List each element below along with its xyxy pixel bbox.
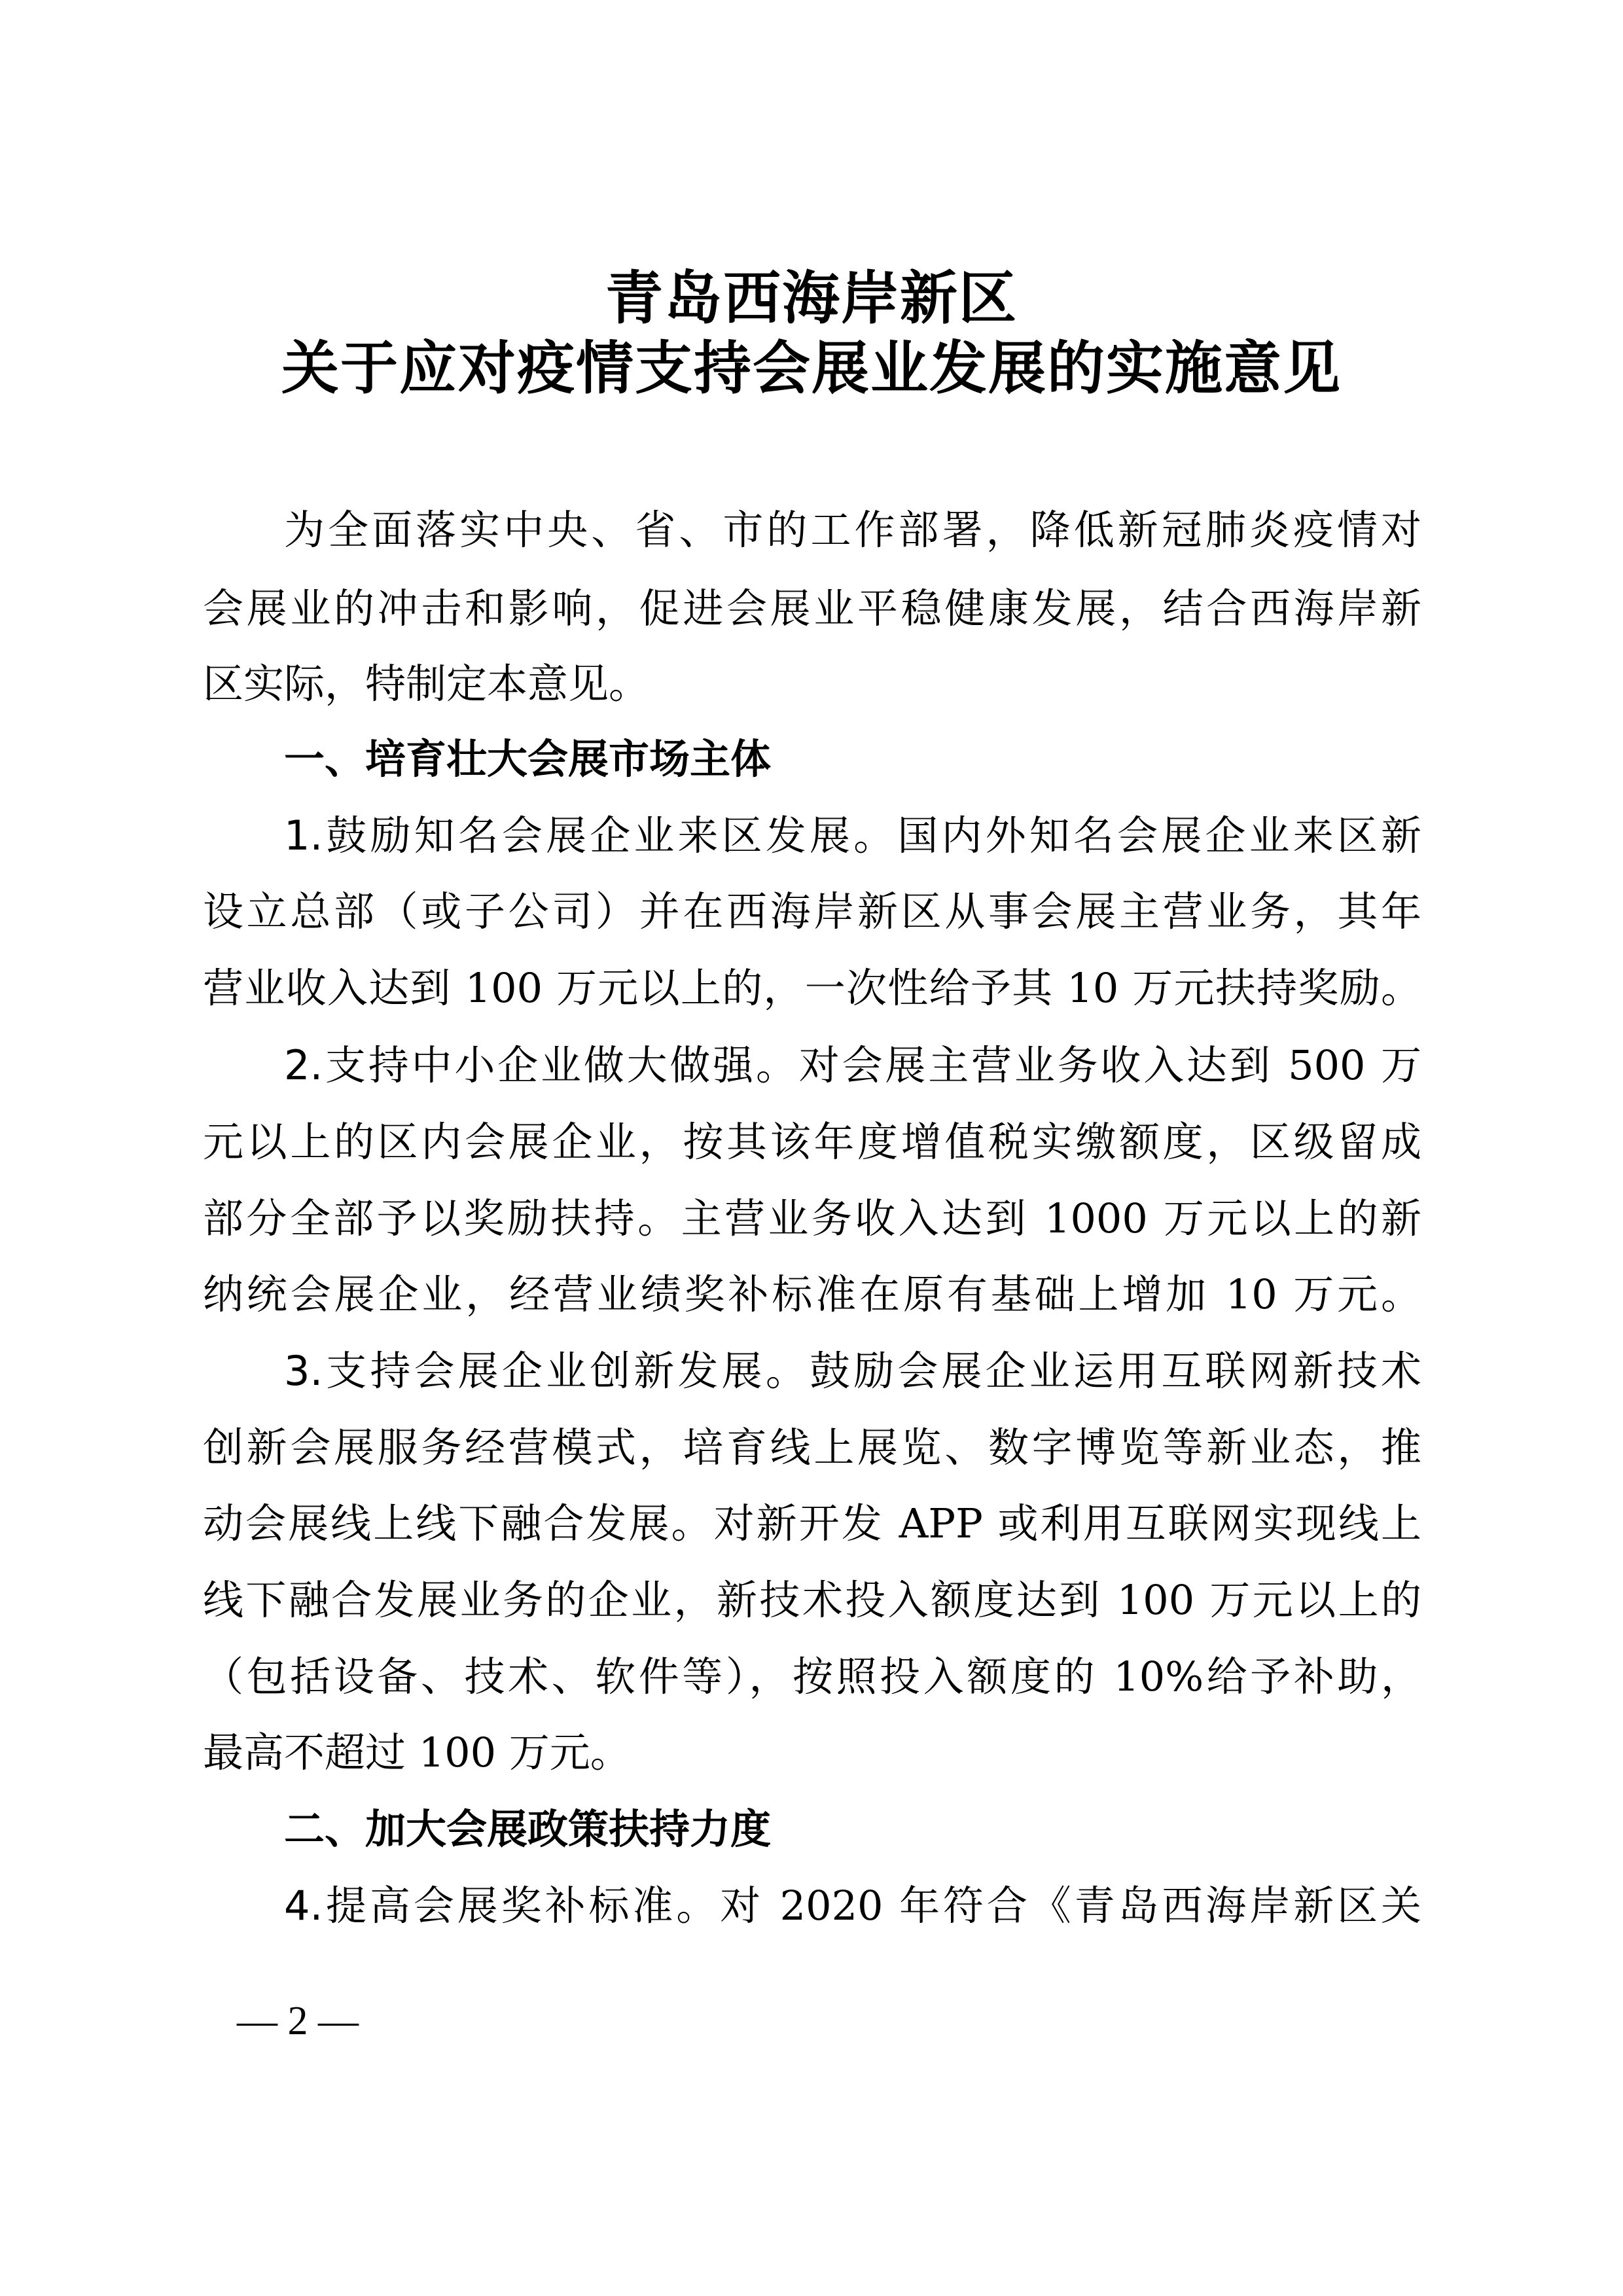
intro-line-3: 区实际，特制定本意见。: [203, 658, 1421, 710]
item-3-line-2: 创新会展服务经营模式，培育线上展览、数字博览等新业态，推: [203, 1422, 1421, 1474]
document-title-line-1: 青岛西海岸新区: [0, 265, 1623, 331]
item-3-line-5: （包括设备、技术、软件等），按照投入额度的 10%给予补助，: [203, 1651, 1421, 1703]
item-4-text: 对 2020 年符合《青岛西海岸新区关: [720, 1882, 1421, 1929]
item-3-line-3: 动会展线上线下融合发展。对新开发 APP 或利用互联网实现线上: [203, 1498, 1421, 1550]
item-3-line-6: 最高不超过 100 万元。: [203, 1727, 1421, 1779]
intro-line-1: 为全面落实中央、省、市的工作部署，降低新冠肺炎疫情对: [284, 504, 1421, 556]
item-1-lead: 1.鼓励知名会展企业来区发展。: [284, 812, 897, 859]
item-3-line-1: 3.支持会展企业创新发展。鼓励会展企业运用互联网新技术: [284, 1345, 1421, 1397]
item-3-lead: 3.支持会展企业创新发展。: [284, 1347, 810, 1395]
document-page: 青岛西海岸新区 关于应对疫情支持会展业发展的实施意见 为全面落实中央、省、市的工…: [0, 0, 1623, 2296]
section-2-heading: 二、加大会展政策扶持力度: [284, 1803, 1421, 1856]
item-2-line-2: 元以上的区内会展企业，按其该年度增值税实缴额度，区级留成: [203, 1116, 1421, 1168]
item-3-line-4: 线下融合发展业务的企业，新技术投入额度达到 100 万元以上的: [203, 1574, 1421, 1626]
item-4-lead: 4.提高会展奖补标准。: [284, 1882, 720, 1929]
item-2-lead: 2.支持中小企业做大做强。: [284, 1041, 799, 1089]
item-1-text: 国内外知名会展企业来区新: [897, 812, 1421, 859]
intro-line-2: 会展业的冲击和影响，促进会展业平稳健康发展，结合西海岸新: [203, 583, 1421, 635]
page-number: — 2 —: [237, 1995, 359, 2047]
item-4-line-1: 4.提高会展奖补标准。对 2020 年符合《青岛西海岸新区关: [284, 1880, 1421, 1932]
item-1-line-3: 营业收入达到 100 万元以上的，一次性给予其 10 万元扶持奖励。: [203, 962, 1421, 1014]
item-1-line-2: 设立总部（或子公司）并在西海岸新区从事会展主营业务，其年: [203, 886, 1421, 938]
section-1-heading: 一、培育壮大会展市场主体: [284, 733, 1421, 785]
item-2-line-1: 2.支持中小企业做大做强。对会展主营业务收入达到 500 万: [284, 1039, 1421, 1092]
document-title-line-2: 关于应对疫情支持会展业发展的实施意见: [0, 335, 1623, 401]
item-1-line-1: 1.鼓励知名会展企业来区发展。国内外知名会展企业来区新: [284, 810, 1421, 862]
item-3-text: 鼓励会展企业运用互联网新技术: [810, 1347, 1421, 1395]
item-2-line-4: 纳统会展企业，经营业绩奖补标准在原有基础上增加 10 万元。: [203, 1268, 1421, 1321]
item-2-text: 对会展主营业务收入达到 500 万: [799, 1041, 1421, 1089]
item-2-line-3: 部分全部予以奖励扶持。主营业务收入达到 1000 万元以上的新: [203, 1193, 1421, 1245]
